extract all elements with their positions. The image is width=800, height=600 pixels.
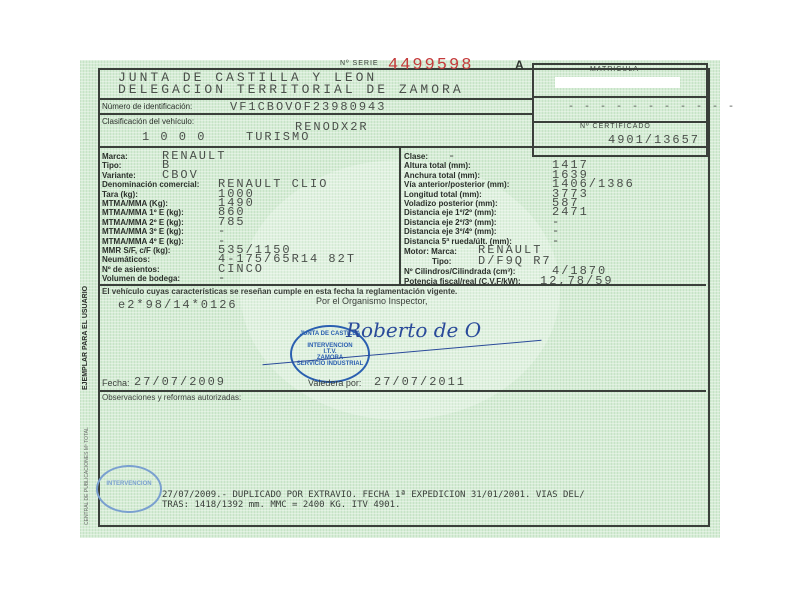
serie-number: 4499598 bbox=[388, 56, 473, 75]
classification-label: Clasificación del vehículo: bbox=[102, 117, 194, 126]
valedera-value: 27/07/2011 bbox=[374, 375, 466, 389]
matricula-label: MATRICULA bbox=[590, 66, 639, 73]
identification-label: Número de identificación: bbox=[102, 102, 192, 111]
classification-number: 1 0 0 0 bbox=[142, 130, 206, 144]
faint-stamp-text: INTERVENCION bbox=[98, 481, 160, 487]
fecha-value: 27/07/2009 bbox=[134, 375, 226, 389]
spec-label: Volumen de bodega: bbox=[102, 274, 180, 283]
spec-label: MTMA/MMA 2º E (kg): bbox=[102, 218, 184, 227]
spec-value: - bbox=[552, 234, 561, 248]
motor-marca-label: Motor: Marca: bbox=[404, 247, 457, 256]
spec-label: Altura total (mm): bbox=[404, 161, 471, 170]
motor-tipo-value: D/F9Q R7 bbox=[478, 254, 552, 268]
inspector-signature: Roberto de O bbox=[346, 318, 481, 342]
valedera-label: Valedera por: bbox=[308, 378, 361, 388]
spec-label: Longitud total (mm): bbox=[404, 190, 482, 199]
spec-label: MTMA/MMA 4º E (kg): bbox=[102, 237, 184, 246]
fecha-label: Fecha: bbox=[102, 378, 130, 388]
spec-value: RENAULT bbox=[162, 149, 226, 163]
compliance-statement: El vehículo cuyas características se res… bbox=[102, 287, 457, 296]
spec-label: Tipo: bbox=[102, 161, 121, 170]
spec-label: Variante: bbox=[102, 171, 136, 180]
matricula-value bbox=[555, 77, 680, 88]
printer-label: CENTRAL DE PUBLICACIONES Mº TOTAL bbox=[84, 427, 90, 525]
certificado-label: Nº CERTIFICADO bbox=[580, 123, 651, 130]
matricula-dashes: - - - - - - - - - - - bbox=[568, 102, 736, 113]
identification-value: VF1CBOVOF23980943 bbox=[230, 100, 386, 114]
motor-cilindros-label: Nº Cilindros/Cilindrada (cm³): bbox=[404, 267, 515, 276]
issuer-line2: DELEGACION TERRITORIAL DE ZAMORA bbox=[118, 82, 464, 97]
spec-label: Distancia eje 2º/3º (mm): bbox=[404, 218, 497, 227]
spec-label: Anchura total (mm): bbox=[404, 171, 480, 180]
spec-label: Distancia eje 1º/2º (mm): bbox=[404, 208, 497, 217]
spec-label: Marca: bbox=[102, 152, 128, 161]
spec-label: Clase: bbox=[404, 152, 428, 161]
observations-line1: 27/07/2009.- DUPLICADO POR EXTRAVIO. FEC… bbox=[162, 490, 585, 500]
spec-label: Denominación comercial: bbox=[102, 180, 199, 189]
spec-label: Vía anterior/posterior (mm): bbox=[404, 180, 509, 189]
spec-value: - bbox=[218, 271, 227, 285]
serie-label: Nº SERIE bbox=[340, 60, 379, 67]
spec-label: Distancia eje 3º/4º (mm): bbox=[404, 227, 497, 236]
spec-label: Distancia 5ª rueda/últ. (mm): bbox=[404, 237, 512, 246]
spec-label: Tara (kg): bbox=[102, 190, 138, 199]
classification-type: TURISMO bbox=[246, 130, 310, 144]
vehicle-inspection-card: Nº SERIE 4499598 A JUNTA DE CASTILLA Y L… bbox=[80, 60, 720, 538]
spec-label: Voladizo posterior (mm): bbox=[404, 199, 498, 208]
inspector-label: Por el Organismo Inspector, bbox=[316, 296, 428, 306]
spec-label: Nº de asientos: bbox=[102, 265, 160, 274]
spec-label: MTMA/MMA 3º E (kg): bbox=[102, 227, 184, 236]
observations-label: Observaciones y reformas autorizadas: bbox=[102, 393, 241, 402]
motor-tipo-label: Tipo: bbox=[432, 257, 451, 266]
stamp-bottom-text: SERVICIO INDUSTRIAL bbox=[292, 361, 368, 367]
spec-label: MTMA/MMA (Kg): bbox=[102, 199, 168, 208]
faint-stamp: INTERVENCION bbox=[96, 465, 162, 513]
user-copy-label: EJEMPLAR PARA EL USUARIO bbox=[82, 286, 89, 390]
homologation-number: e2*98/14*0126 bbox=[118, 298, 238, 312]
serie-letter: A bbox=[515, 58, 524, 72]
certificado-value: 4901/13657 bbox=[608, 133, 700, 147]
observations-line2: TRAS: 1418/1392 mm. MMC = 2400 KG. ITV 4… bbox=[162, 500, 400, 510]
spec-label: Neumáticos: bbox=[102, 255, 150, 264]
spec-label: MMR S/F, c/F (kg): bbox=[102, 246, 170, 255]
spec-label: MTMA/MMA 1º E (kg): bbox=[102, 208, 184, 217]
